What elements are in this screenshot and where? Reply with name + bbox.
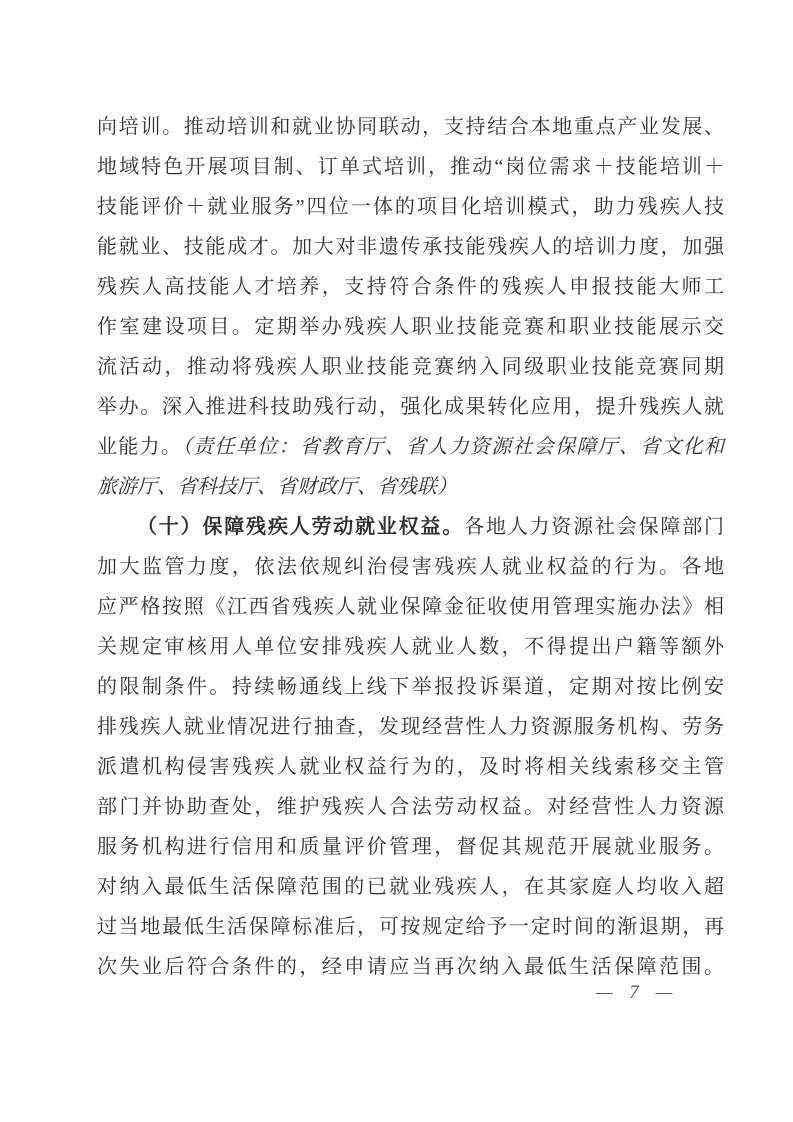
body-text: 向培训。推动培训和就业协同联动，支持结合本地重点产业发展、 (97, 116, 724, 138)
text-line: 服务机构进行信用和质量评价管理，督促其规范开展就业服务。 (97, 827, 724, 867)
body-text: 服务机构进行信用和质量评价管理，督促其规范开展就业服务。 (97, 836, 724, 858)
document-body: 向培训。推动培训和就业协同联动，支持结合本地重点产业发展、地域特色开展项目制、订… (97, 107, 724, 987)
text-line: 派遣机构侵害残疾人就业权益行为的，及时将相关线索移交主管 (97, 747, 724, 787)
text-line: 向培训。推动培训和就业协同联动，支持结合本地重点产业发展、 (97, 107, 724, 147)
text-line: 作室建设项目。定期举办残疾人职业技能竞赛和职业技能展示交 (97, 307, 724, 347)
text-line: 对纳入最低生活保障范围的已就业残疾人，在其家庭人均收入超 (97, 867, 724, 907)
body-text: 业能力。 (97, 436, 182, 458)
responsibility-unit-text: （责任单位：省教育厅、省人力资源社会保障厅、省文化和 (182, 436, 724, 458)
text-line: 残疾人高技能人才培养，支持符合条件的残疾人申报技能大师工 (97, 267, 724, 307)
text-line: （十）保障残疾人劳动就业权益。各地人力资源社会保障部门 (97, 507, 724, 547)
body-text: 残疾人高技能人才培养，支持符合条件的残疾人申报技能大师工 (97, 276, 724, 298)
body-text: 应严格按照《江西省残疾人就业保障金征收使用管理实施办法》相 (97, 596, 724, 618)
body-text: 过当地最低生活保障标准后，可按规定给予一定时间的渐退期，再 (97, 916, 724, 938)
text-line: 的限制条件。持续畅通线上线下举报投诉渠道，定期对按比例安 (97, 667, 724, 707)
text-line: 地域特色开展项目制、订单式培训，推动“岗位需求＋技能培训＋ (97, 147, 724, 187)
body-text: 对纳入最低生活保障范围的已就业残疾人，在其家庭人均收入超 (97, 876, 724, 898)
body-text: 能就业、技能成才。加大对非遗传承技能残疾人的培训力度，加强 (97, 236, 724, 258)
text-line: 举办。深入推进科技助残行动，强化成果转化应用，提升残疾人就 (97, 387, 724, 427)
text-line: 应严格按照《江西省残疾人就业保障金征收使用管理实施办法》相 (97, 587, 724, 627)
body-text: 技能评价＋就业服务”四位一体的项目化培训模式，助力残疾人技 (97, 196, 724, 218)
text-line: 技能评价＋就业服务”四位一体的项目化培训模式，助力残疾人技 (97, 187, 724, 227)
body-text: 部门并协助查处，维护残疾人合法劳动权益。对经营性人力资源 (97, 796, 724, 818)
text-line: 过当地最低生活保障标准后，可按规定给予一定时间的渐退期，再 (97, 907, 724, 947)
document-page: 向培训。推动培训和就业协同联动，支持结合本地重点产业发展、地域特色开展项目制、订… (0, 0, 793, 1122)
body-text: 举办。深入推进科技助残行动，强化成果转化应用，提升残疾人就 (97, 396, 724, 418)
text-line: 能就业、技能成才。加大对非遗传承技能残疾人的培训力度，加强 (97, 227, 724, 267)
text-line: 流活动，推动将残疾人职业技能竞赛纳入同级职业技能竞赛同期 (97, 347, 724, 387)
text-line: 排残疾人就业情况进行抽查，发现经营性人力资源服务机构、劳务 (97, 707, 724, 747)
body-text: 关规定审核用人单位安排残疾人就业人数，不得提出户籍等额外 (97, 636, 724, 658)
text-line: 部门并协助查处，维护残疾人合法劳动权益。对经营性人力资源 (97, 787, 724, 827)
section-heading-text: （十）保障残疾人劳动就业权益。 (137, 516, 464, 538)
text-line: 加大监管力度，依法依规纠治侵害残疾人就业权益的行为。各地 (97, 547, 724, 587)
body-text: 排残疾人就业情况进行抽查，发现经营性人力资源服务机构、劳务 (97, 716, 724, 738)
body-text: 地域特色开展项目制、订单式培训，推动“岗位需求＋技能培训＋ (97, 156, 724, 178)
body-text: 流活动，推动将残疾人职业技能竞赛纳入同级职业技能竞赛同期 (97, 356, 724, 378)
text-line: 关规定审核用人单位安排残疾人就业人数，不得提出户籍等额外 (97, 627, 724, 667)
body-text: 加大监管力度，依法依规纠治侵害残疾人就业权益的行为。各地 (97, 556, 724, 578)
responsibility-unit-text: 旅游厅、省科技厅、省财政厅、省残联） (97, 476, 457, 498)
body-text: 次失业后符合条件的，经申请应当再次纳入最低生活保障范围。 (97, 956, 724, 978)
page-number: — 7 — (585, 978, 685, 1008)
body-text: 作室建设项目。定期举办残疾人职业技能竞赛和职业技能展示交 (97, 316, 724, 338)
text-line: 旅游厅、省科技厅、省财政厅、省残联） (97, 467, 724, 507)
body-text: 各地人力资源社会保障部门 (464, 516, 724, 538)
body-text: 派遣机构侵害残疾人就业权益行为的，及时将相关线索移交主管 (97, 756, 724, 778)
text-line: 业能力。（责任单位：省教育厅、省人力资源社会保障厅、省文化和 (97, 427, 724, 467)
body-text: 的限制条件。持续畅通线上线下举报投诉渠道，定期对按比例安 (97, 676, 724, 698)
